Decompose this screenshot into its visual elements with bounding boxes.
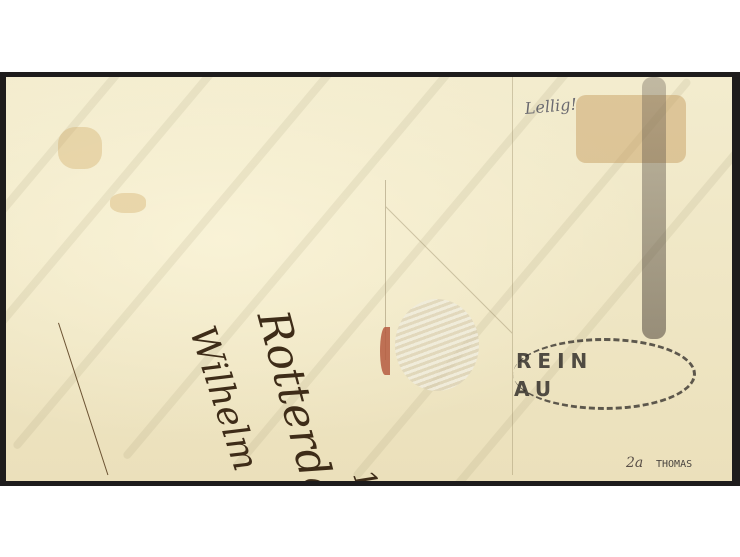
postmark-line-1: REIN — [516, 349, 593, 373]
foxing-stain — [58, 127, 102, 169]
handwritten-year: 18 — [345, 465, 391, 481]
expert-mark-prefix: 2a — [626, 455, 643, 471]
pencil-note: Lellig! — [524, 94, 578, 117]
cancellation-pen-stroke — [642, 77, 666, 339]
embossed-seal — [395, 299, 479, 391]
cover-paper: Wilhelm Rotterdam 18 Lellig! REIN AU 2a … — [6, 77, 732, 481]
expert-signature: THOMAS — [656, 459, 692, 470]
fold-edge — [512, 77, 513, 475]
cover-photo-frame: Wilhelm Rotterdam 18 Lellig! REIN AU 2a … — [0, 72, 740, 486]
red-wax-seal — [380, 327, 390, 375]
postmark-line-2: AU — [514, 377, 557, 401]
wax-residue-stain — [576, 95, 686, 163]
foxing-stain — [110, 193, 146, 213]
